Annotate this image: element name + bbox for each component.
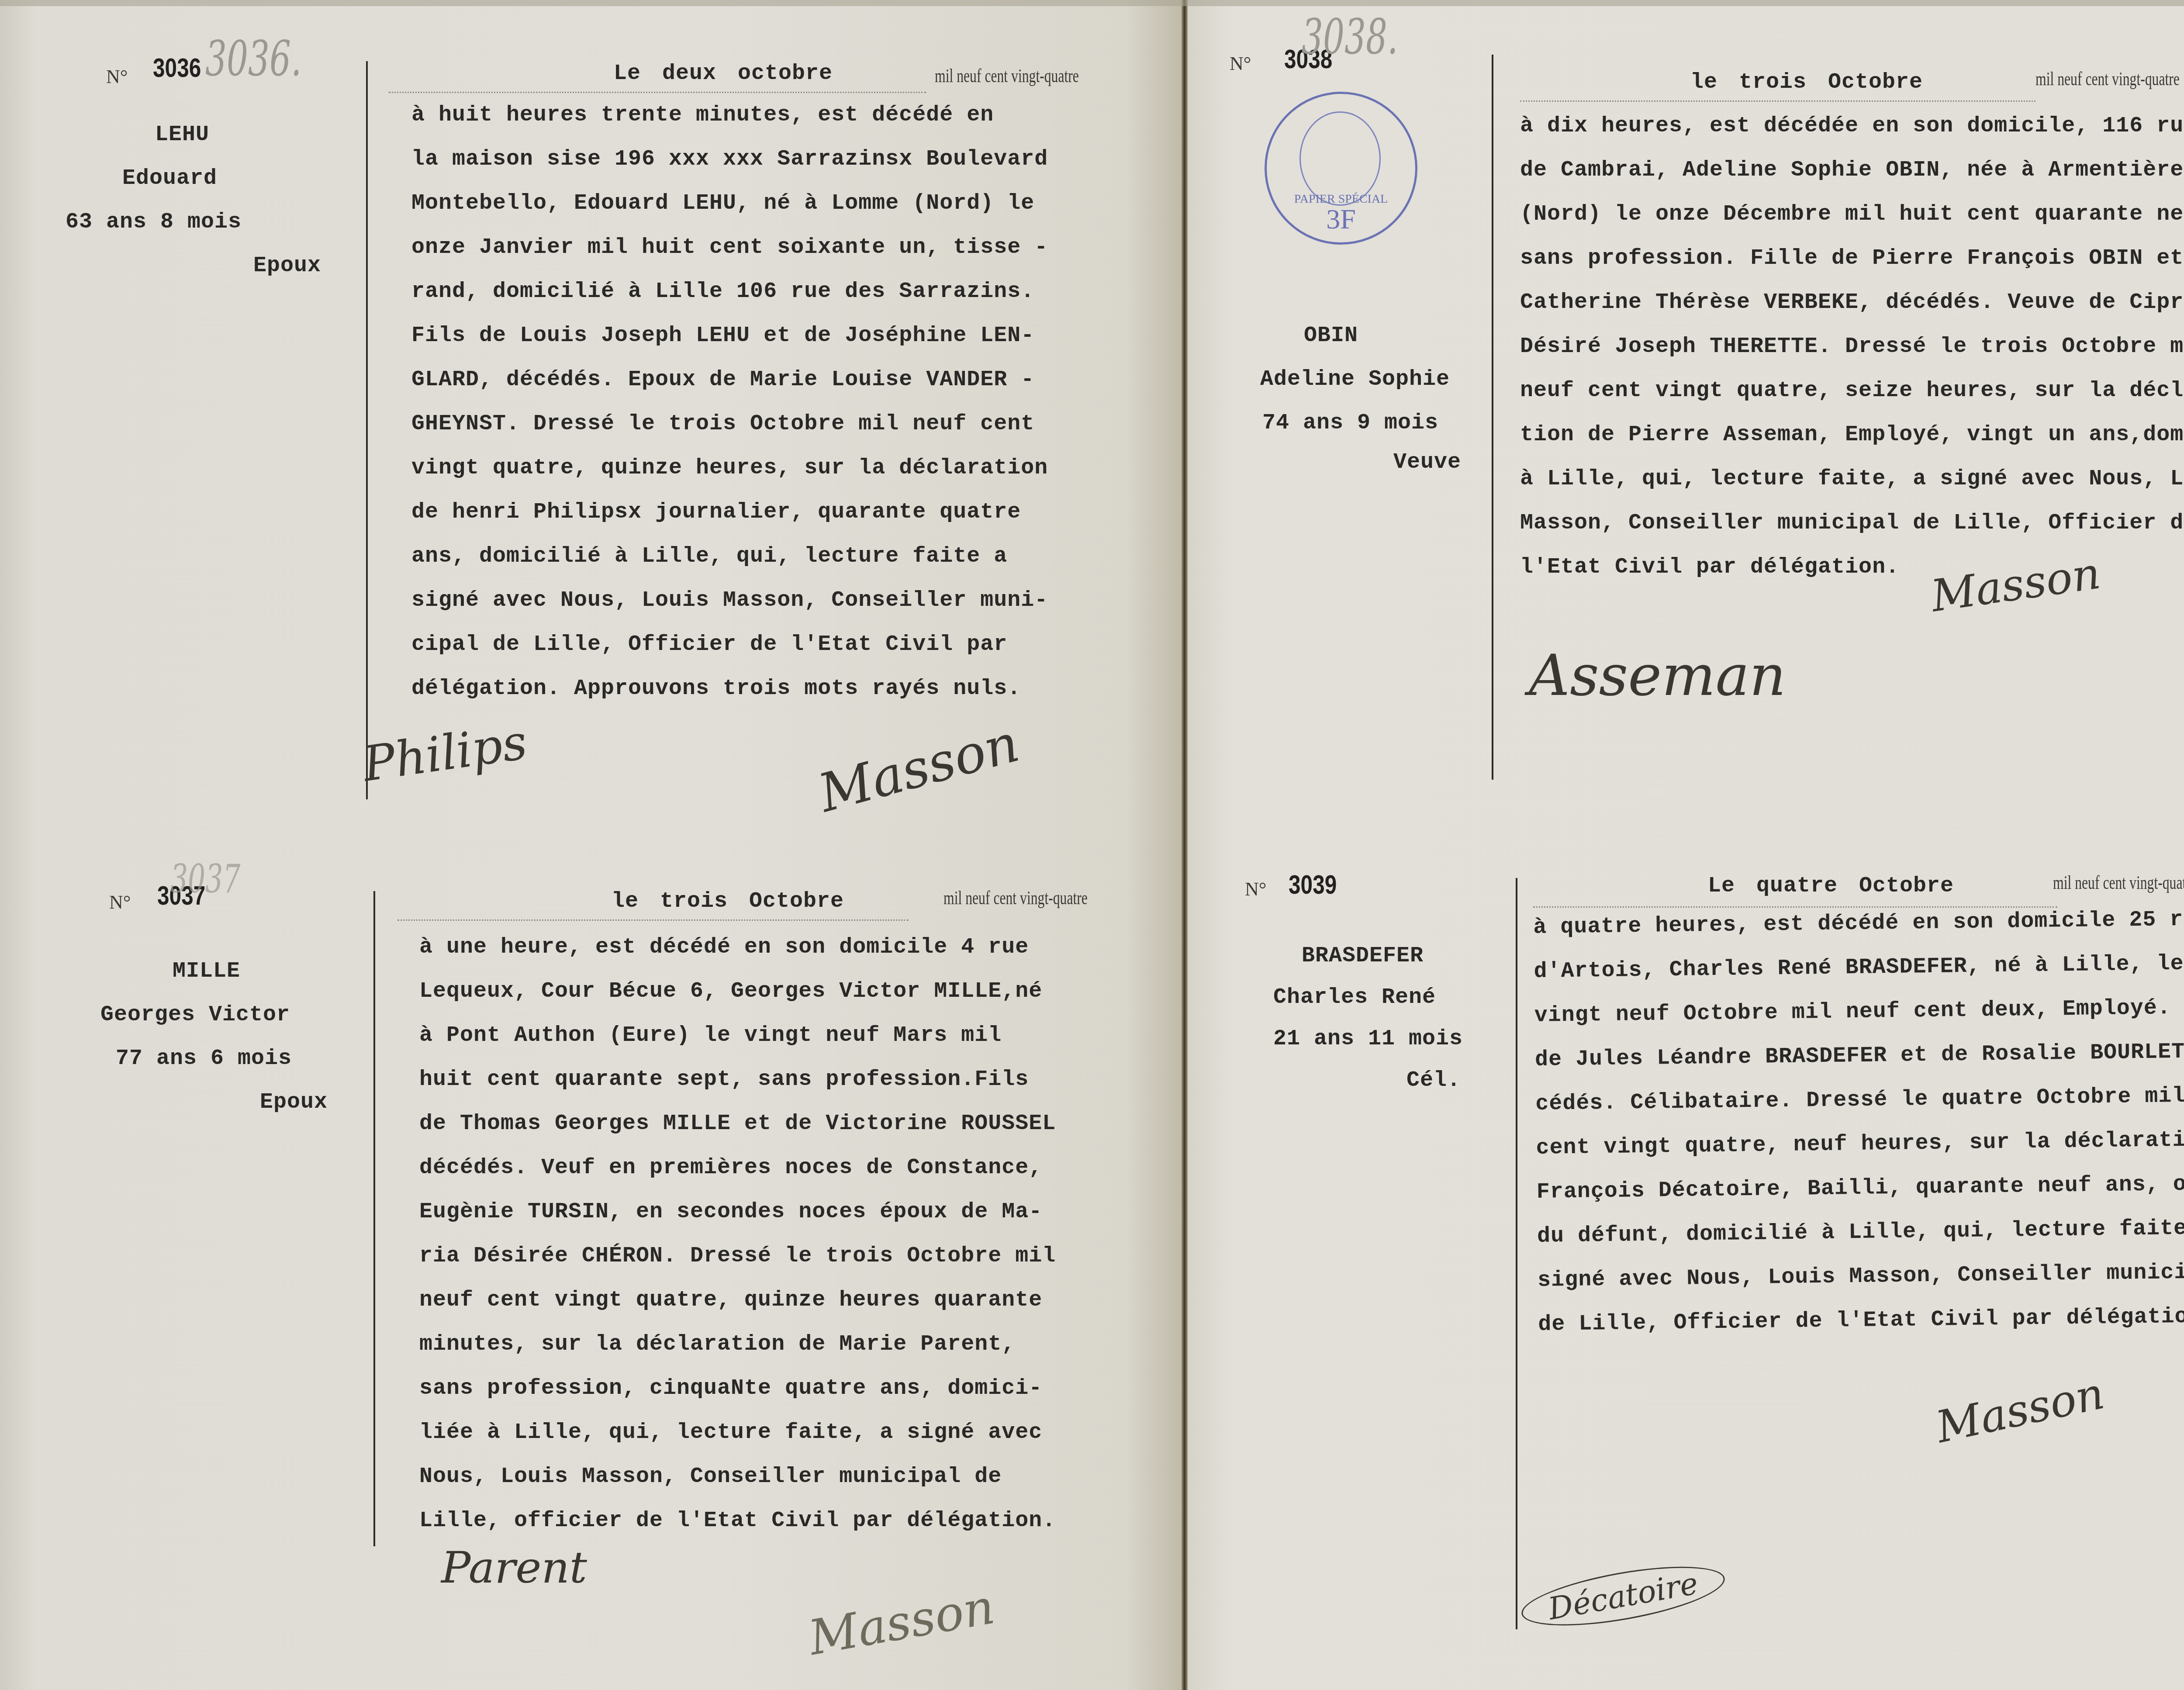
number-label: N° xyxy=(109,891,131,913)
marital-status: Epoux xyxy=(260,1090,328,1115)
marital-status: Veuve xyxy=(1393,450,1461,475)
body-line: décédés. Veuf en premières noces de Cons… xyxy=(419,1155,1042,1180)
body-line: huit cent quarante sept, sans profession… xyxy=(419,1067,1029,1092)
body-line: de henri Philipsx journalier, quarante q… xyxy=(411,500,1021,525)
tax-stamp: PAPIER SPÉCIAL 3F xyxy=(1265,92,1417,245)
body-line: de Thomas Georges MILLE et de Victorine … xyxy=(419,1111,1056,1136)
body-line: cipal de Lille, Officier de l'Etat Civil… xyxy=(411,632,1007,657)
body-line: Lille, officier de l'Etat Civil par délé… xyxy=(419,1508,1056,1533)
body-line: à dix heures, est décédée en son domicil… xyxy=(1520,114,2184,138)
body-line: signé avec Nous, Louis Masson, Conseille… xyxy=(411,588,1048,613)
age: 74 ans 9 mois xyxy=(1262,411,1438,435)
margin-rule xyxy=(373,891,375,1546)
body-line: Masson, Conseiller municipal de Lille, O… xyxy=(1520,511,2184,536)
year-text: mil neuf cent vingt-quatre xyxy=(2053,871,2184,894)
body-line: tion de Pierre Asseman, Employé, vingt u… xyxy=(1520,422,2184,447)
pencil-number: 3038. xyxy=(1302,9,1398,65)
body-line: délégation. Approuvons trois mots rayés … xyxy=(411,676,1021,701)
body-line: l'Etat Civil par délégation. xyxy=(1520,555,1899,580)
body-line: de Cambrai, Adeline Sophie OBIN, née à A… xyxy=(1520,158,2184,183)
body-line: neuf cent vingt quatre, quinze heures qu… xyxy=(419,1288,1042,1313)
age: 21 ans 11 mois xyxy=(1273,1026,1463,1051)
body-line: onze Janvier mil huit cent soixante un, … xyxy=(411,235,1048,260)
body-line: la maison sise 196 xxx xxx Sarrazinsx Bo… xyxy=(411,147,1048,172)
body-line: liée à Lille, qui, lecture faite, a sign… xyxy=(419,1420,1042,1445)
body-line: (Nord) le onze Décembre mil huit cent qu… xyxy=(1520,202,2184,227)
date-heading: le trois Octobre xyxy=(612,889,844,914)
body-line: à huit heures trente minutes, est décédé… xyxy=(411,103,994,128)
body-line: GLARD, décédés. Epoux de Marie Louise VA… xyxy=(411,367,1034,392)
signature-declarant: Asseman xyxy=(1529,642,1786,708)
body-line: à Lille, qui, lecture faite, a signé ave… xyxy=(1520,467,2184,491)
body-line: Lequeux, Cour Bécue 6, Georges Victor MI… xyxy=(419,979,1042,1004)
surname: MILLE xyxy=(173,959,240,984)
pencil-number: 3036. xyxy=(205,31,301,86)
year-text: mil neuf cent vingt-quatre xyxy=(2035,68,2180,90)
body-line: Nous, Louis Masson, Conseiller municipal… xyxy=(419,1464,1002,1489)
stamp-portrait xyxy=(1299,111,1381,206)
entry-number: 3039 xyxy=(1289,869,1337,900)
marital-status: Cél. xyxy=(1406,1068,1461,1093)
dotted-rule xyxy=(1533,906,2057,908)
body-line: neuf cent vingt quatre, seize heures, su… xyxy=(1520,378,2184,403)
body-line: Eugènie TURSIN, en secondes noces époux … xyxy=(419,1199,1042,1224)
year-text: mil neuf cent vingt-quatre xyxy=(935,65,1079,87)
body-line: ria Désirée CHÉRON. Dressé le trois Octo… xyxy=(419,1244,1056,1268)
body-line: vingt quatre, quinze heures, sur la décl… xyxy=(411,456,1048,480)
margin-rule xyxy=(366,61,368,799)
year-text: mil neuf cent vingt-quatre xyxy=(943,887,1088,909)
surname: OBIN xyxy=(1304,323,1358,348)
age: 77 ans 6 mois xyxy=(116,1046,292,1071)
body-line: minutes, sur la déclaration de Marie Par… xyxy=(419,1332,1015,1357)
number-label: N° xyxy=(1230,52,1251,75)
body-line: à Pont Authon (Eure) le vingt neuf Mars … xyxy=(419,1023,1002,1048)
given-names: Charles René xyxy=(1273,985,1436,1010)
date-heading: Le deux octobre xyxy=(614,61,833,86)
given-names: Edouard xyxy=(122,166,217,191)
body-line: ans, domicilié à Lille, qui, lecture fai… xyxy=(411,544,1007,569)
date-heading: le trois Octobre xyxy=(1690,70,1923,95)
given-names: Adeline Sophie xyxy=(1260,367,1450,392)
marital-status: Epoux xyxy=(253,253,321,278)
margin-rule xyxy=(1516,878,1517,1629)
top-edge-shadow xyxy=(0,0,2184,6)
entry-number: 3036 xyxy=(153,52,201,83)
given-names: Georges Victor xyxy=(100,1002,290,1027)
number-label: N° xyxy=(1245,878,1266,900)
body-line: Catherine Thérèse VERBEKE, décédés. Veuv… xyxy=(1520,290,2184,315)
body-line: sans profession. Fille de Pierre Françoi… xyxy=(1520,246,2184,271)
age: 63 ans 8 mois xyxy=(66,210,242,235)
margin-rule xyxy=(1492,55,1493,780)
pencil-number: 3037 xyxy=(170,856,240,902)
signature-declarant: Parent xyxy=(441,1542,587,1593)
dotted-rule xyxy=(1520,100,2035,102)
surname: BRASDEFER xyxy=(1302,943,1424,968)
body-line: rand, domicilié à Lille 106 rue des Sarr… xyxy=(411,279,1034,304)
date-heading: Le quatre Octobre xyxy=(1708,874,1954,899)
body-line: à une heure, est décédé en son domicile … xyxy=(419,935,1029,960)
dotted-rule xyxy=(397,919,909,921)
book-gutter xyxy=(1182,0,1188,1690)
dotted-rule xyxy=(389,92,926,93)
body-line: Désiré Joseph THERETTE. Dressé le trois … xyxy=(1520,334,2184,359)
body-line: Fils de Louis Joseph LEHU et de Joséphin… xyxy=(411,323,1034,348)
number-label: N° xyxy=(106,66,128,88)
body-line: GHEYNST. Dressé le trois Octobre mil neu… xyxy=(411,411,1034,436)
body-line: Montebello, Edouard LEHU, né à Lomme (No… xyxy=(411,191,1034,216)
stamp-price: 3F xyxy=(1267,203,1415,235)
body-line: sans profession, cinquaNte quatre ans, d… xyxy=(419,1376,1042,1401)
surname: LEHU xyxy=(155,122,209,147)
